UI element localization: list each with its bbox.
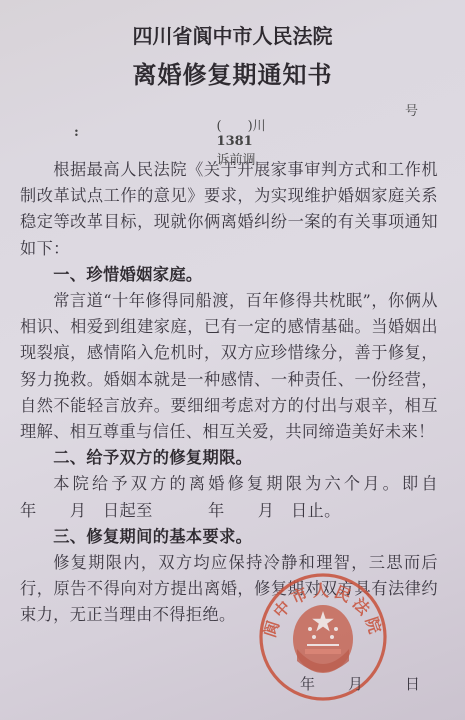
section-2-text: 本院给予双方的离婚修复期限为六个月。即自 年 月 日起至 年 月 日止。 [20, 471, 438, 523]
court-name: 四川省阆中市人民法院 [0, 20, 465, 49]
signature-year: 年 [300, 673, 315, 694]
recipient-line: : [74, 125, 79, 140]
case-number-hao: 号 [405, 100, 418, 119]
signature-month: 月 [348, 673, 363, 694]
section-2-heading: 二、给予双方的修复期限。 [20, 445, 438, 471]
intro-paragraph: 根据最高人民法院《关于开展家事审判方式和工作机制改革试点工作的意见》要求，为实现… [20, 157, 438, 262]
section-1-heading: 一、珍惜婚姻家庭。 [20, 262, 438, 288]
signature-day: 日 [405, 673, 420, 694]
section-3-heading: 三、修复期间的基本要求。 [20, 524, 438, 550]
case-number-prefix: ( )川 [217, 119, 266, 134]
document-title: 离婚修复期通知书 [0, 55, 465, 90]
court-seal-icon: 阆中市人民法院 [257, 571, 389, 703]
national-emblem-icon [293, 605, 353, 673]
notice-body: 根据最高人民法院《关于开展家事审判方式和工作机制改革试点工作的意见》要求，为实现… [20, 157, 438, 629]
section-1-text: 常言道“十年修得同船渡，百年修得共枕眠”，你俩从相识、相爱到组建家庭，已有一定的… [20, 288, 438, 445]
case-number-value: 1381 [217, 134, 253, 149]
notice-document: 四川省阆中市人民法院 离婚修复期通知书 ( )川 1381 诉前调 号 : 根据… [0, 0, 465, 720]
